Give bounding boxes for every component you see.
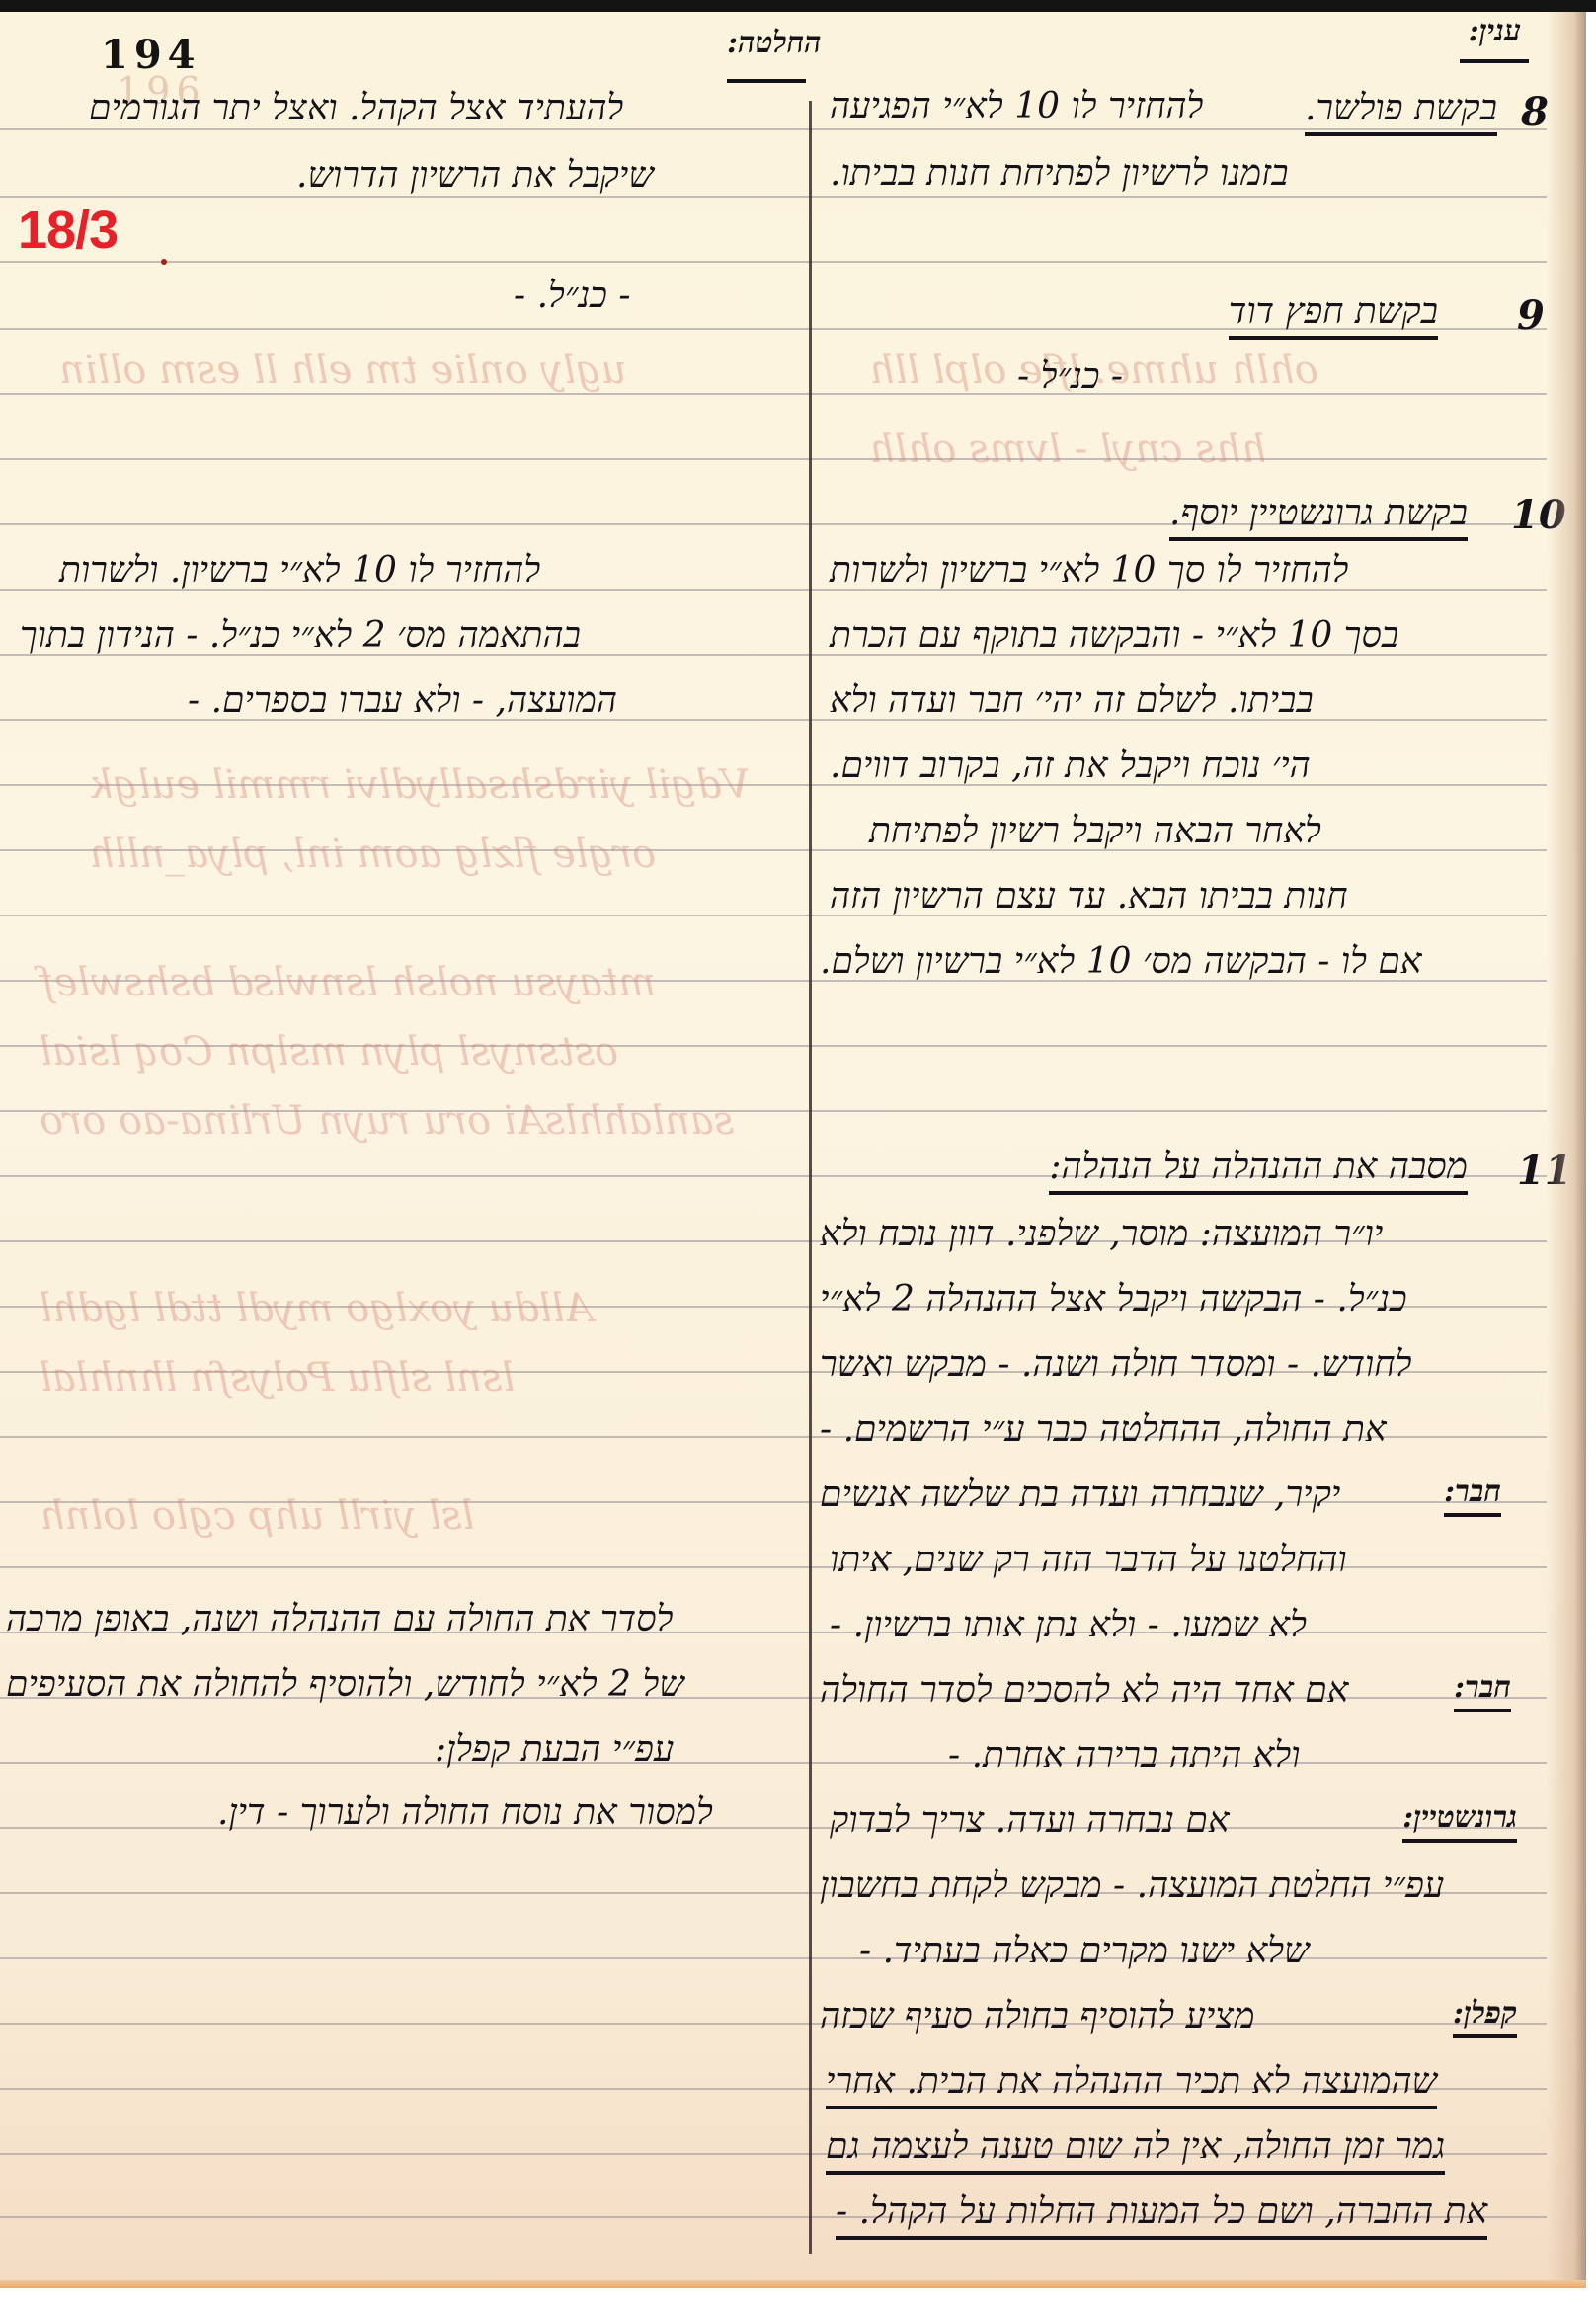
item-title: בקשת גרונשטיין יוסף.	[1169, 496, 1468, 541]
speaker-line: שלא ישנו מקרים כאלה בעתיד. -	[859, 1934, 1310, 1969]
speaker-line: מציע להוסיף בחולה סעיף שכזה	[820, 1999, 1254, 2034]
item-line: בביתו. לשלם זה יהי׳ חבר ועדה ולא	[830, 683, 1314, 719]
speaker-line: את החברה, ושם כל המעות החלות על הקהל. -	[836, 2194, 1487, 2240]
ruled-line	[0, 261, 1547, 263]
speaker-line: אם נבחרה ועדה. צריך לבדוק	[830, 1803, 1230, 1839]
item-line: יו״ר המועצה: מוסר, שלפני. דוון נוכח ולא	[820, 1217, 1383, 1252]
speaker-label: חבר:	[1454, 1673, 1511, 1712]
speaker-line: ולא היתה ברירה אחרת. -	[948, 1738, 1300, 1774]
ruled-line	[0, 196, 1547, 198]
item-line: לחודש. - ומסדר חולה ושנה. - מבקש ואשר	[820, 1347, 1411, 1383]
scan-top-border	[0, 0, 1596, 12]
ruled-line	[0, 458, 1547, 460]
decision-line: המועצה, - ולא עברו בספרים. -	[188, 683, 617, 719]
page-number: 194	[101, 32, 201, 78]
page-edge-shadow	[1547, 12, 1586, 2288]
speaker-line: והחלטנו על הדבר הזה רק שנים, איתו	[830, 1543, 1347, 1578]
decision-line: של 2 לא״י לחודש, ולהוסיף להחולה את הסעיפ…	[6, 1667, 684, 1703]
speaker-line: עפ״י החלטת המועצה. - מבקש לקחת בחשבון	[820, 1869, 1444, 1904]
bleed-through-text: lsl yirll uhp cglo lolnh	[40, 1493, 474, 1539]
item-line: - כנ״ל -	[1017, 359, 1123, 395]
item-line: הי׳ נוכח ויקבל את זה, בקרוב דווים.	[830, 749, 1311, 784]
item-line: אם לו - הבקשה מס׳ 10 לא״י ברשיון ושלם.	[820, 944, 1421, 980]
decision-line: למסור את נוסח החולה ולערוך - דין.	[217, 1795, 713, 1831]
bleed-through-text: Alldu yoxlgo mydl ttdl lgdhl	[40, 1286, 593, 1331]
bleed-through-text: Vdgil yirdshsallydlvi rmmil eulgk	[89, 762, 750, 808]
bleed-through-text: orgle flzlg aom inl, plya_nllh	[89, 832, 656, 877]
decision-line: שיקבל את הרשיון הדרוש.	[296, 158, 654, 194]
decision-line: לסדר את החולה עם ההנהלה ושנה, באופן מרכה	[6, 1602, 673, 1637]
header-matter: ענין:	[1469, 14, 1521, 48]
item-number: 9	[1517, 292, 1545, 339]
bleed-through-text: sanlahhlsAi oru ruyn Urlina-ao oro	[40, 1098, 734, 1144]
ledger-page: ugly onlie tm elh ll esm ollin Vdgil yir…	[0, 12, 1586, 2288]
date-stamp: 18/3	[18, 199, 118, 261]
speaker-label: קפלן:	[1453, 1999, 1517, 2038]
speaker-label: גרונשטיין:	[1402, 1803, 1517, 1843]
decision-line: עפ״י הבעת קפלן:	[435, 1732, 674, 1768]
speaker-line: גמר זמן החולה, אין לה שום טענה לעצמה גם	[826, 2129, 1445, 2175]
ruled-line	[0, 1762, 1547, 1764]
item-line: בסך 10 לא״י - והבקשה בתוקף עם הכרת	[830, 618, 1398, 654]
item-line: כנ״ל. - הבקשה ויקבל אצל ההנהלה 2 לא״י	[820, 1282, 1407, 1317]
ruled-line	[0, 1957, 1547, 1959]
item-title: בקשת חפץ דוד	[1229, 294, 1438, 340]
item-title: בקשת פולשר.	[1305, 91, 1497, 136]
item-line: לאחר הבאה ויקבל רשיון לפתיחת	[869, 814, 1321, 849]
bleed-through-text: hhs cnyl - lvms ohlh	[869, 427, 1266, 472]
bleed-through-text: ostsnysl plyn mslpn Coq lsial	[40, 1029, 618, 1074]
speaker-label: חבר:	[1444, 1477, 1501, 1517]
column-divider	[809, 101, 812, 2254]
speaker-line: לא שמעו. - ולא נתן אותו ברשיון. -	[830, 1608, 1307, 1643]
decision-line: להעתיד אצל הקהל. ואצל יתר הגורמים	[89, 91, 623, 126]
ink-spot	[161, 259, 167, 265]
ruled-line	[0, 2023, 1547, 2025]
ruled-line	[0, 393, 1547, 395]
item-line: להחזיר לו 10 לא״י הפגיעה	[830, 89, 1203, 124]
item-number: 8	[1521, 89, 1549, 135]
bleed-through-text: lsnl slflu Polysfn lhnhlal	[40, 1355, 515, 1400]
item-title: מסבה את ההנהלה על הנהלה:	[1049, 1150, 1468, 1195]
decision-line: להחזיר לו 10 לא״י ברשיון. ולשרות	[59, 553, 540, 589]
bleed-through-text: mtaysu nolsh lsnwlsd bshswlef	[40, 960, 656, 1005]
bleed-through-text: ugly onlie tm elh ll esm ollin	[59, 348, 626, 393]
speaker-line: יקיר, שנבחרה ועדה בת שלשה אנשים	[820, 1477, 1340, 1513]
speaker-line: אם אחד היה לא להסכים לסדר החולה	[820, 1673, 1348, 1709]
item-line: את החולה, ההחלטה כבר ע״י הרשמים. -	[820, 1412, 1387, 1448]
decision-line: - כנ״ל. -	[514, 279, 630, 314]
speaker-line: שהמועצה לא תכיר ההנהלה את הבית. אחרי	[826, 2064, 1437, 2109]
item-line: להחזיר לו סך 10 לא״י ברשיון ולשרות	[830, 553, 1348, 589]
item-line: בזמנו לרשיון לפתיחת חנות בביתו.	[830, 156, 1289, 192]
item-line: חנות בביתו הבא. עד עצם הרשיון הזה	[830, 879, 1348, 915]
page-bottom-edge	[0, 2280, 1586, 2288]
header-decision: החלטה:	[727, 26, 822, 60]
decision-line: בהתאמה מס׳ 2 לא״י כנ״ל. - הנידון בתוך	[20, 618, 581, 654]
header-underline	[727, 79, 806, 83]
header-underline	[1460, 59, 1529, 63]
